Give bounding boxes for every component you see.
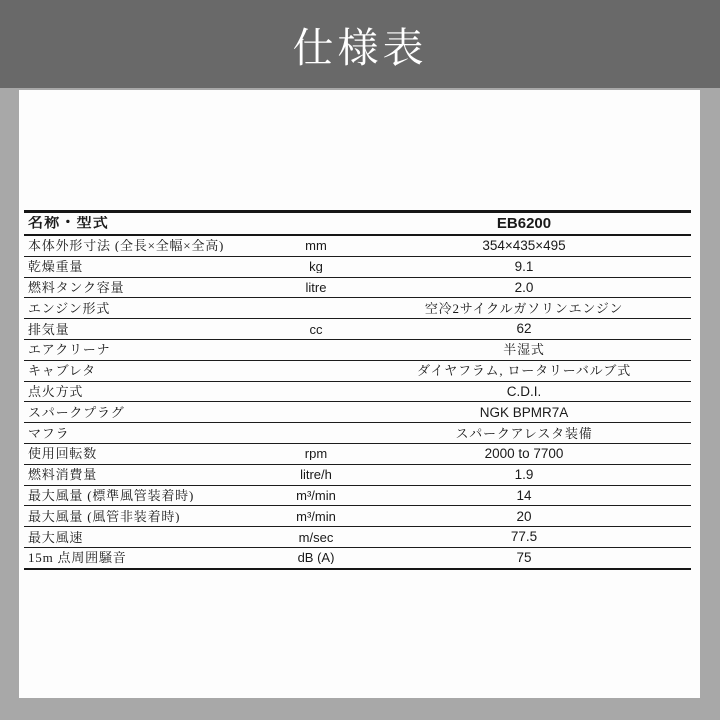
spec-value: 2000 to 7700 (357, 447, 691, 461)
spec-value: 77.5 (357, 530, 691, 544)
table-row: エアクリーナ 半湿式 (24, 340, 691, 361)
spec-unit: litre/h (275, 468, 357, 481)
spec-unit: litre (275, 281, 357, 294)
spec-label: エアクリーナ (24, 343, 275, 356)
page: { "banner": { "title": "仕様表" }, "colors"… (0, 0, 720, 720)
spec-unit: cc (275, 323, 357, 336)
table-row: 燃料消費量 litre/h 1.9 (24, 465, 691, 486)
table-row: 燃料タンク容量 litre 2.0 (24, 278, 691, 299)
spec-label: 乾燥重量 (24, 260, 275, 273)
spec-value: 9.1 (357, 260, 691, 274)
title-banner: 仕様表 (0, 0, 720, 88)
table-row: キャブレタ ダイヤフラム, ロータリーバルブ式 (24, 361, 691, 382)
spec-label: 本体外形寸法 (全長×全幅×全高) (24, 239, 275, 252)
table-row: 乾燥重量 kg 9.1 (24, 257, 691, 278)
table-header-row: 名称・型式 EB6200 (24, 213, 691, 236)
spec-unit: dB (A) (275, 551, 357, 564)
spec-value: 20 (357, 510, 691, 524)
spec-value: 75 (357, 551, 691, 565)
spec-label: エンジン形式 (24, 302, 275, 315)
spec-value: 空冷2サイクルガソリンエンジン (357, 302, 691, 315)
spec-value: 354×435×495 (357, 239, 691, 253)
table-row: 本体外形寸法 (全長×全幅×全高) mm 354×435×495 (24, 236, 691, 257)
spec-value: NGK BPMR7A (357, 406, 691, 420)
table-row: 最大風量 (標準風管装着時) m³/min 14 (24, 486, 691, 507)
spec-value: ダイヤフラム, ロータリーバルブ式 (357, 364, 691, 377)
spec-label: 最大風速 (24, 531, 275, 544)
spec-value-model: EB6200 (357, 216, 691, 231)
spec-value: 14 (357, 489, 691, 503)
spec-label: 点火方式 (24, 385, 275, 398)
spec-label: マフラ (24, 427, 275, 440)
spec-value: スパークアレスタ装備 (357, 427, 691, 440)
spec-label: 使用回転数 (24, 447, 275, 460)
table-row: 最大風量 (風管非装着時) m³/min 20 (24, 506, 691, 527)
spec-unit: m³/min (275, 510, 357, 523)
spec-sheet-panel: 名称・型式 EB6200 本体外形寸法 (全長×全幅×全高) mm 354×43… (19, 90, 700, 698)
table-row: スパークプラグ NGK BPMR7A (24, 402, 691, 423)
spec-unit: kg (275, 260, 357, 273)
page-title: 仕様表 (293, 15, 428, 74)
spec-unit: mm (275, 239, 357, 252)
table-row: 点火方式 C.D.I. (24, 382, 691, 403)
table-row: 使用回転数 rpm 2000 to 7700 (24, 444, 691, 465)
spec-unit: m³/min (275, 489, 357, 502)
spec-value: 62 (357, 322, 691, 336)
spec-label: 燃料消費量 (24, 468, 275, 481)
spec-label: 最大風量 (標準風管装着時) (24, 489, 275, 502)
spec-value: 半湿式 (357, 343, 691, 356)
spec-value: 1.9 (357, 468, 691, 482)
spec-label: キャブレタ (24, 364, 275, 377)
spec-value: 2.0 (357, 281, 691, 295)
spec-value: C.D.I. (357, 385, 691, 399)
spec-label: 最大風量 (風管非装着時) (24, 510, 275, 523)
spec-label: スパークプラグ (24, 406, 275, 419)
spec-label: 15m 点周囲騒音 (24, 551, 275, 564)
spec-table: 名称・型式 EB6200 本体外形寸法 (全長×全幅×全高) mm 354×43… (24, 210, 691, 570)
spec-label: 燃料タンク容量 (24, 281, 275, 294)
spec-unit: rpm (275, 447, 357, 460)
table-row: マフラ スパークアレスタ装備 (24, 423, 691, 444)
table-row: 最大風速 m/sec 77.5 (24, 527, 691, 548)
table-row: 15m 点周囲騒音 dB (A) 75 (24, 548, 691, 570)
table-row: 排気量 cc 62 (24, 319, 691, 340)
table-row: エンジン形式 空冷2サイクルガソリンエンジン (24, 298, 691, 319)
spec-label: 名称・型式 (24, 216, 275, 231)
spec-unit: m/sec (275, 531, 357, 544)
spec-label: 排気量 (24, 323, 275, 336)
